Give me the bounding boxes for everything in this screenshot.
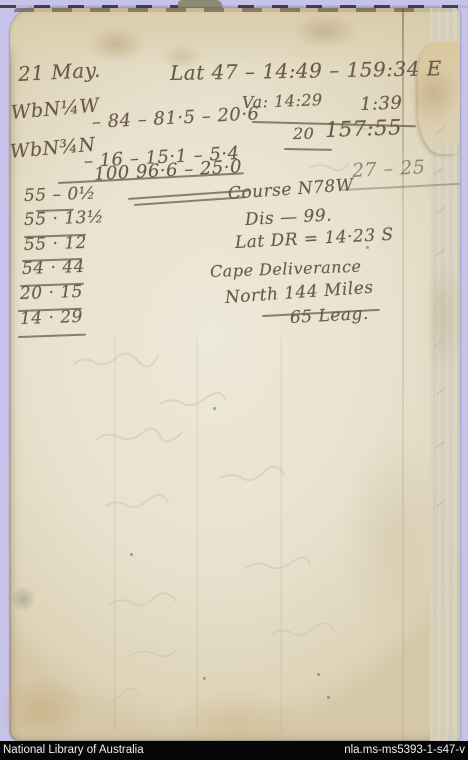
- column-figure: 20 · 15: [20, 282, 84, 304]
- latitude-observed: Lat 47 – 14:49 – 159:34 E: [170, 56, 442, 85]
- column-figure: 55 – 0½: [24, 184, 96, 206]
- column-figure: 14 · 29: [20, 307, 84, 329]
- longitude-in: 157:55: [325, 115, 403, 142]
- entry-date: 21 May.: [17, 58, 101, 86]
- column-figure: 55 · 12: [24, 233, 88, 255]
- footer-bar: National Library of Australia nla.ms-ms5…: [0, 741, 468, 760]
- manuscript-page: 21 May. Lat 47 – 14:49 – 159:34 E Va: 14…: [10, 8, 460, 741]
- difference-longitude: 1:39: [360, 93, 403, 115]
- difference-latitude: 20: [293, 124, 314, 143]
- footer-catalog-id: nla.ms-ms5393-1-s47-v: [344, 741, 465, 760]
- column-figure: 54 · 44: [22, 257, 86, 279]
- column-figure: 55 · 13½: [24, 207, 105, 230]
- margin-note: 27 – 25: [351, 156, 425, 182]
- scan-frame: 21 May. Lat 47 – 14:49 – 159:34 E Va: 14…: [0, 0, 468, 760]
- leagues-line: 65 Leag.: [289, 304, 369, 328]
- footer-library-name: National Library of Australia: [3, 741, 144, 760]
